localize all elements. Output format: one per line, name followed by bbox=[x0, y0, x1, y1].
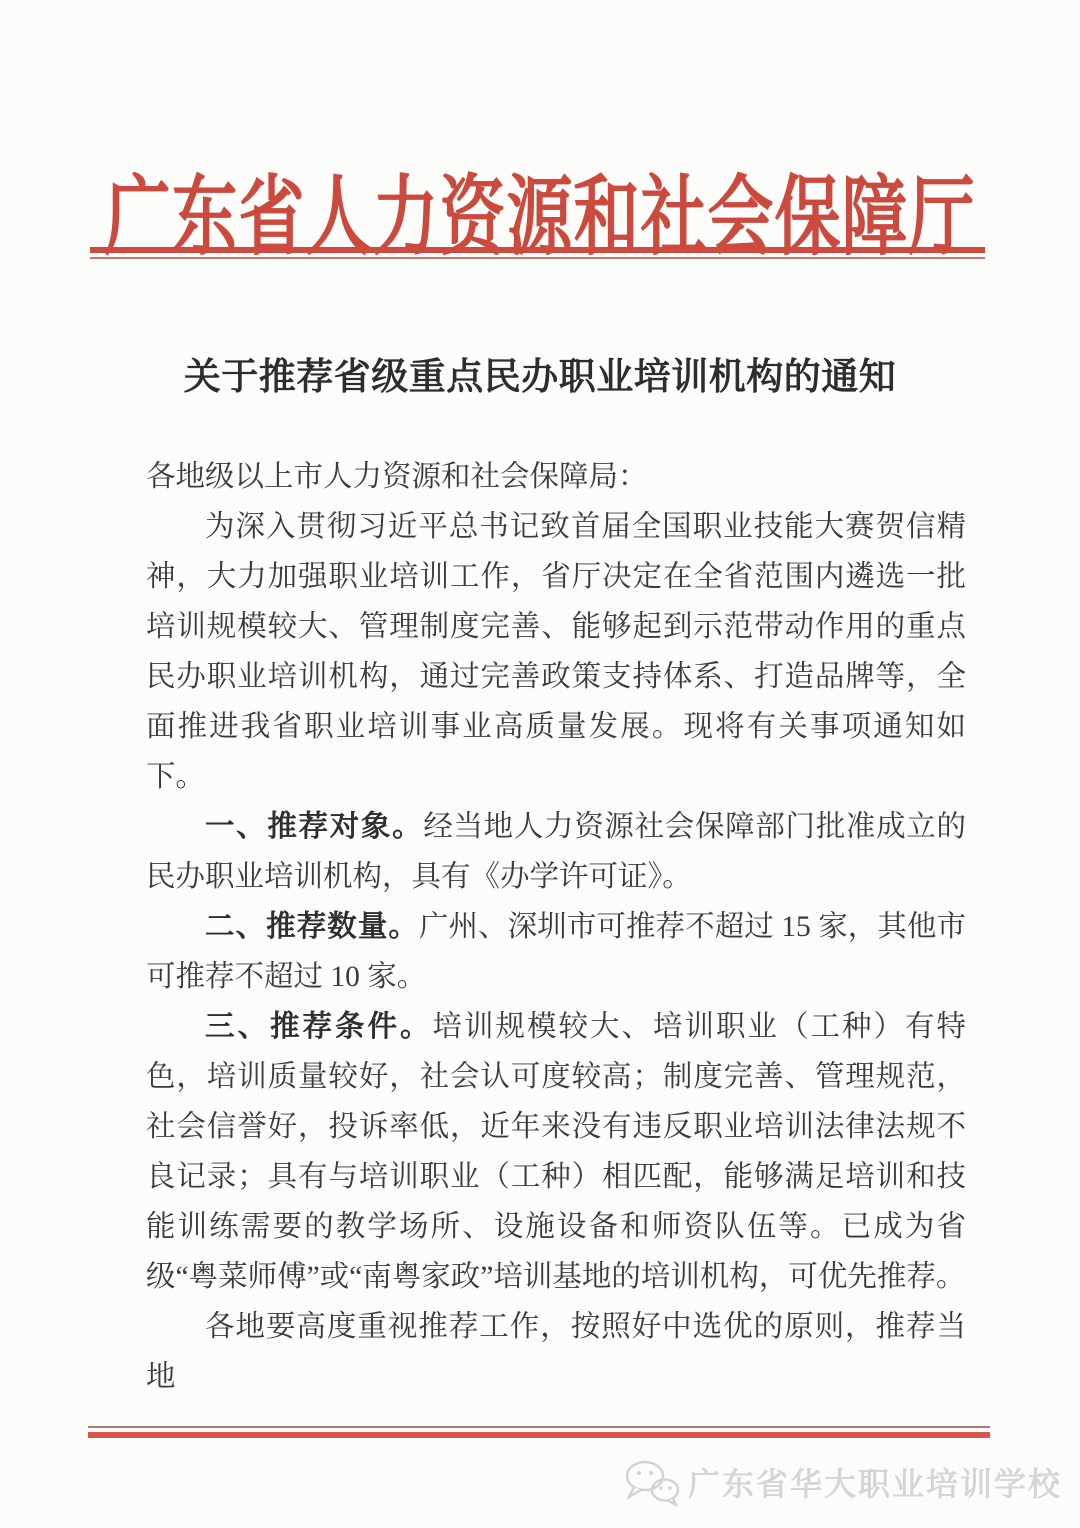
letterhead-rules bbox=[90, 247, 985, 259]
footer-rules bbox=[88, 1426, 990, 1438]
footer-rule-thick bbox=[88, 1432, 990, 1438]
document-body: 各地级以上市人力资源和社会保障局： 为深入贯彻习近平总书记致首届全国职业技能大赛… bbox=[146, 452, 966, 1402]
letterhead-rule-thick bbox=[90, 247, 985, 253]
wechat-icon bbox=[622, 1458, 680, 1506]
watermark-text: 广东省华大职业培训学校 bbox=[688, 1459, 1062, 1505]
paragraph-item-3: 三、推荐条件。培训规模较大、培训职业（工种）有特色，培训质量较好，社会认可度较高… bbox=[146, 1002, 966, 1302]
paragraph-closing: 各地要高度重视推荐工作，按照好中选优的原则，推荐当地 bbox=[146, 1302, 966, 1402]
paragraph-closing-text: 各地要高度重视推荐工作，按照好中选优的原则，推荐当地 bbox=[146, 1311, 966, 1393]
paragraph-item-3-lead: 三、推荐条件。 bbox=[205, 1010, 433, 1043]
paragraph-item-2: 二、推荐数量。广州、深圳市可推荐不超过 15 家，其他市可推荐不超过 10 家。 bbox=[146, 902, 966, 1002]
letterhead-rule-thin bbox=[90, 257, 985, 259]
paragraph-item-2-lead: 二、推荐数量。 bbox=[205, 910, 419, 943]
wechat-watermark: 广东省华大职业培训学校 bbox=[622, 1458, 1062, 1506]
footer-rule-thin bbox=[88, 1426, 990, 1428]
document-page: 广东省人力资源和社会保障厅 关于推荐省级重点民办职业培训机构的通知 各地级以上市… bbox=[0, 0, 1080, 1528]
paragraph-intro-text: 为深入贯彻习近平总书记致首届全国职业技能大赛贺信精神，大力加强职业培训工作，省厅… bbox=[146, 511, 966, 793]
salutation: 各地级以上市人力资源和社会保障局： bbox=[146, 452, 966, 502]
paragraph-intro: 为深入贯彻习近平总书记致首届全国职业技能大赛贺信精神，大力加强职业培训工作，省厅… bbox=[146, 502, 966, 802]
paragraph-item-3-text: 培训规模较大、培训职业（工种）有特色，培训质量较好，社会认可度较高；制度完善、管… bbox=[146, 1011, 966, 1293]
paragraph-item-1-lead: 一、推荐对象。 bbox=[205, 810, 423, 843]
paragraph-item-1: 一、推荐对象。经当地人力资源社会保障部门批准成立的民办职业培训机构，具有《办学许… bbox=[146, 802, 966, 902]
document-title: 关于推荐省级重点民办职业培训机构的通知 bbox=[0, 346, 1080, 400]
